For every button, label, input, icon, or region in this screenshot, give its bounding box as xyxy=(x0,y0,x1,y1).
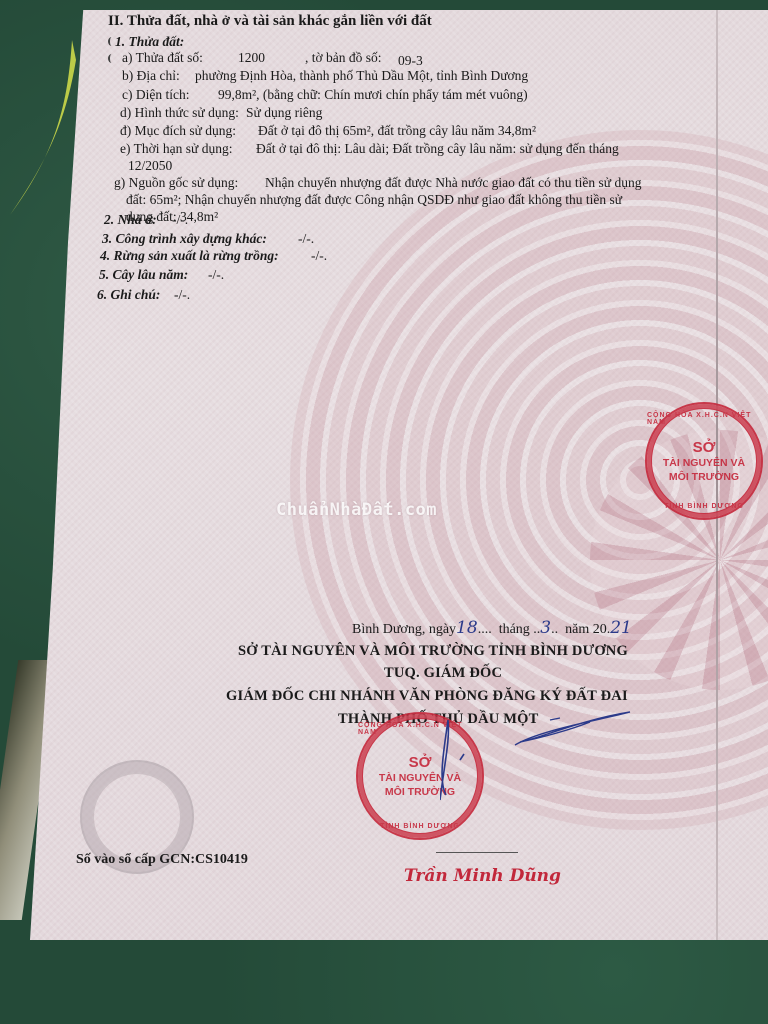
date-year: 21 xyxy=(610,618,632,638)
map-sheet-label: , tờ bản đồ số: xyxy=(305,50,382,66)
parcel-heading: 1. Thửa đất: xyxy=(115,34,184,50)
address-label: b) Địa chỉ: xyxy=(122,68,180,84)
stamp-center-1: SỞ xyxy=(693,439,716,456)
registry-number: Số vào sổ cấp GCN:CS10419 xyxy=(76,852,248,868)
item-other-construction-value: -/-. xyxy=(298,231,314,247)
certificate-content: II. Thửa đất, nhà ở và tài sản khác gắn … xyxy=(0,0,768,1024)
date-line: Bình Dương, ngày18.... tháng ..3.. năm 2… xyxy=(352,620,632,638)
usage-term-value: Đất ở tại đô thị: Lâu dài; Đất trồng cây… xyxy=(256,141,619,157)
authority-line-1: SỞ TÀI NGUYÊN VÀ MÔI TRƯỜNG TỈNH BÌNH DƯ… xyxy=(238,643,628,659)
stamp-ring-bottom: TỈNH BÌNH DƯƠNG xyxy=(664,503,744,510)
item-other-construction-label: 3. Công trình xây dựng khác: xyxy=(102,231,267,247)
item-house-value: -/-. xyxy=(172,212,188,228)
usage-form-label: d) Hình thức sử dụng: xyxy=(120,105,239,121)
month-label: tháng xyxy=(499,622,530,637)
item-planted-forest-label: 4. Rừng sản xuất là rừng trồng: xyxy=(100,248,279,264)
stamp-center-3: MÔI TRƯỜNG xyxy=(669,470,739,484)
date-prefix: Bình Dương, ngày xyxy=(352,622,456,637)
area-label: c) Diện tích: xyxy=(122,87,189,103)
usage-purpose-label: đ) Mục đích sử dụng: xyxy=(120,123,236,139)
official-stamp-right: CỘNG HÒA X.H.C.N VIỆT NAM SỞ TÀI NGUYÊN … xyxy=(645,402,763,520)
date-day: 18 xyxy=(456,618,478,638)
section-title: II. Thửa đất, nhà ở và tài sản khác gắn … xyxy=(108,13,432,29)
site-watermark: ChuẩnNhàĐất.com xyxy=(276,500,437,520)
parcel-number-value: 1200 xyxy=(238,50,265,66)
item-perennial-trees-label: 5. Cây lâu năm: xyxy=(99,267,188,283)
usage-form-value: Sử dụng riêng xyxy=(246,105,322,121)
item-notes-value: -/-. xyxy=(174,287,190,303)
handwritten-signature xyxy=(440,700,640,810)
signer-name: Trần Minh Dũng xyxy=(404,866,561,886)
stamp-center-1: SỞ xyxy=(409,754,432,771)
date-month: 3 xyxy=(540,618,551,638)
signature-line xyxy=(436,852,518,853)
usage-purpose-value: Đất ở tại đô thị 65m², đất trồng cây lâu… xyxy=(258,123,536,139)
item-house-label: 2. Nhà ở: xyxy=(104,212,157,228)
usage-origin-value-cont: đất: 65m²; Nhận chuyển nhượng đất được C… xyxy=(126,192,622,208)
parcel-number-label: a) Thửa đất số: xyxy=(122,50,203,66)
area-value: 99,8m², (bằng chữ: Chín mươi chín phẩy t… xyxy=(218,87,528,103)
usage-term-value-cont: 12/2050 xyxy=(128,158,172,174)
year-label: năm 20. xyxy=(565,622,610,637)
hole-punch-mark xyxy=(108,37,115,46)
usage-origin-label: g) Nguồn gốc sử dụng: xyxy=(114,175,238,191)
hole-punch-mark xyxy=(108,54,115,63)
item-perennial-trees-value: -/-. xyxy=(208,267,224,283)
stamp-ring-bottom: TỈNH BÌNH DƯƠNG xyxy=(380,823,460,830)
stamp-center-2: TÀI NGUYÊN VÀ xyxy=(663,456,745,470)
map-sheet-value: 09-3 xyxy=(398,53,423,69)
address-value: phường Định Hòa, thành phố Thủ Dầu Một, … xyxy=(195,68,528,84)
stamp-ring-top: CỘNG HÒA X.H.C.N VIỆT NAM xyxy=(647,412,761,426)
usage-origin-value: Nhận chuyển nhượng đất được Nhà nước gia… xyxy=(265,175,641,191)
item-notes-label: 6. Ghi chú: xyxy=(97,287,160,303)
usage-term-label: e) Thời hạn sử dụng: xyxy=(120,141,232,157)
authority-line-2: TUQ. GIÁM ĐỐC xyxy=(384,665,502,681)
item-planted-forest-value: -/-. xyxy=(311,248,327,264)
